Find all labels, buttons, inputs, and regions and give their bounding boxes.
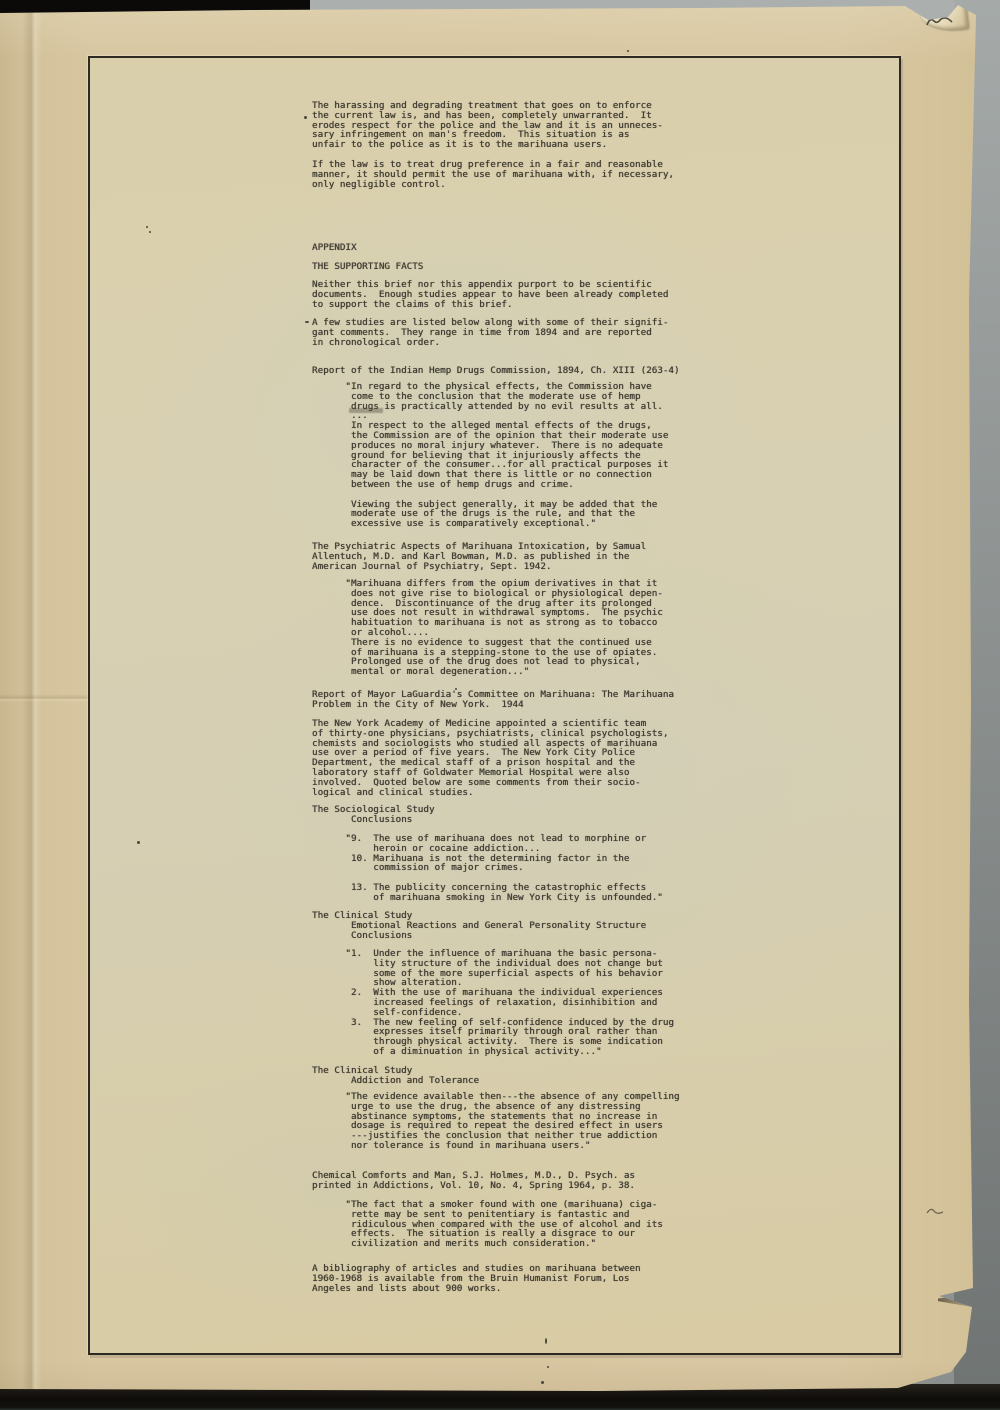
ink-speck: [304, 116, 307, 119]
fold-crease-vertical: [22, 0, 42, 1410]
source-laguardia-report: Report of Mayor LaGuardia's Committee on…: [312, 690, 674, 710]
quote-chemical-comforts: "The fact that a smoker found with one (…: [312, 1200, 663, 1249]
paragraph-law-enforcement: The harassing and degrading treatment th…: [312, 101, 663, 150]
source-chemical-comforts: Chemical Comforts and Man, S.J. Holmes, …: [312, 1171, 635, 1191]
heading-clinical-study-addiction: The Clinical Study Addiction and Toleran…: [312, 1066, 479, 1086]
pencil-dot: [547, 1366, 549, 1368]
paragraph-studies-listed: A few studies are listed below along wit…: [312, 318, 668, 347]
pencil-dot: [541, 1381, 544, 1384]
ink-speck: [305, 321, 309, 323]
source-psychiatric-aspects: The Psychiatric Aspects of Marihuana Int…: [312, 542, 646, 571]
list-clinical-conclusions: "1. Under the influence of marihuana the…: [312, 949, 674, 1057]
pencil-mark: [545, 1338, 547, 1344]
pencil-dot: [146, 226, 148, 228]
pencil-squiggle: [925, 13, 959, 31]
paragraph-not-scientific: Neither this brief nor this appendix pur…: [312, 280, 668, 309]
list-sociological-conclusions: "9. The use of marihuana does not lead t…: [312, 834, 663, 903]
pencil-dot: [137, 841, 140, 844]
dust-dot: [455, 688, 457, 690]
quote-indian-hemp-commission: "In regard to the physical effects, the …: [312, 382, 668, 529]
source-indian-hemp-commission: Report of the Indian Hemp Drugs Commissi…: [312, 366, 680, 376]
paragraph-fair-treatment: If the law is to treat drug preference i…: [312, 160, 674, 189]
heading-clinical-study-emotional: The Clinical Study Emotional Reactions a…: [312, 911, 646, 940]
heading-appendix: APPENDIX: [312, 243, 357, 253]
quote-addiction-tolerance: "The evidence available then---the absen…: [312, 1092, 680, 1151]
quote-psychiatric-aspects: "Marihuana differs from the opium deriva…: [312, 579, 663, 677]
heading-sociological-study: The Sociological Study Conclusions: [312, 805, 435, 825]
scanner-background: The harassing and degrading treatment th…: [0, 0, 1000, 1410]
typewriter-overstrike-smudge: [349, 408, 383, 413]
edge-blemish-mark: [925, 1205, 945, 1219]
paragraph-bibliography: A bibliography of articles and studies o…: [312, 1264, 641, 1293]
fold-crease-horizontal: [0, 694, 90, 702]
pencil-dot: [149, 231, 151, 233]
dust-dot: [627, 50, 629, 52]
paragraph-ny-academy: The New York Academy of Medicine appoint…: [312, 719, 668, 797]
heading-supporting-facts: THE SUPPORTING FACTS: [312, 262, 423, 272]
document-page: The harassing and degrading treatment th…: [0, 0, 1000, 1410]
